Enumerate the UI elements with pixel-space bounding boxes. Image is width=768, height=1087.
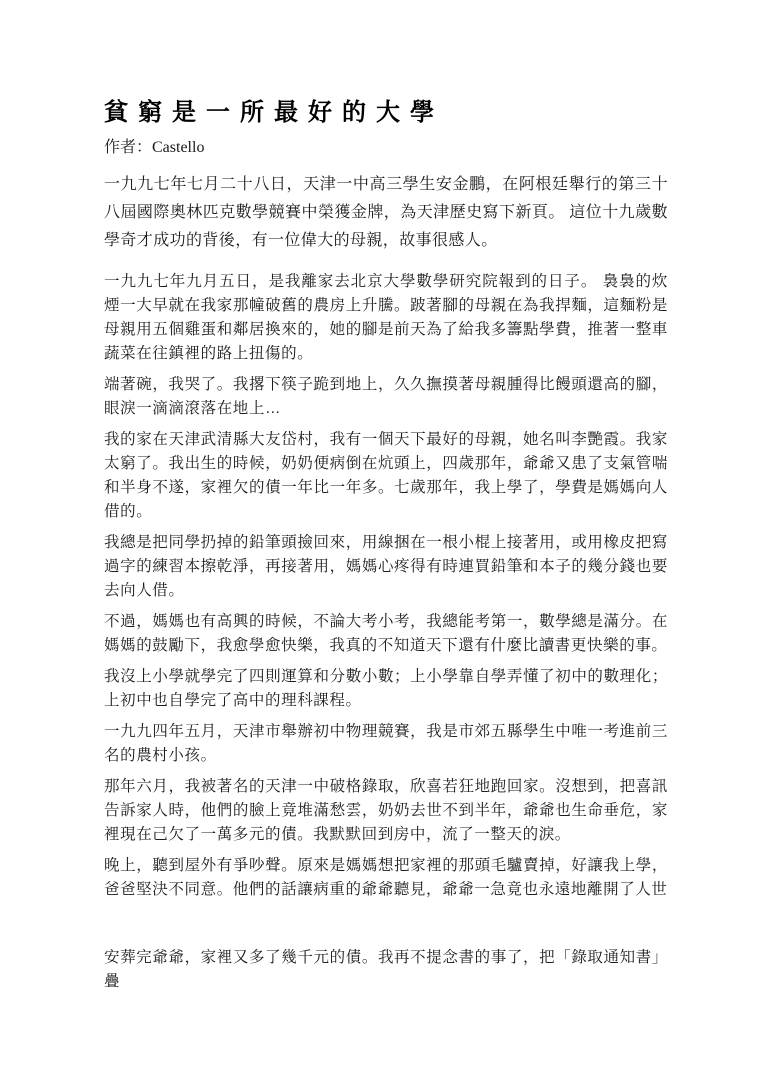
intro-paragraph: 一九九七年七月二十八日，天津一中高三學生安金鵬，在阿根廷舉行的第三十八屆國際奧林… [104, 171, 668, 255]
author-line: 作者：Castello [104, 137, 668, 158]
paragraph: 我沒上小學就學完了四則運算和分數小數；上小學靠自學弄懂了初中的數理化；上初中也自… [104, 665, 668, 713]
paragraph: 一九九四年五月，天津市舉辦初中物理競賽，我是市郊五縣學生中唯一考進前三名的農村小… [104, 720, 668, 768]
paragraph: 不過，媽媽也有高興的時候，不論大考小考，我總能考第一，數學總是滿分。在媽媽的鼓勵… [104, 610, 668, 658]
page-title: 貧窮是一所最好的大學 [104, 98, 668, 128]
paragraph: 我總是把同學扔掉的鉛筆頭撿回來，用線捆在一根小棍上接著用，或用橡皮把寫過字的練習… [104, 531, 668, 603]
paragraph: 安葬完爺爺，家裡又多了幾千元的債。我再不提念書的事了，把「錄取通知書」疊 [104, 946, 668, 994]
paragraph: 一九九七年九月五日，是我離家去北京大學數學研究院報到的日子。 裊裊的炊煙一大早就… [104, 270, 668, 366]
paragraph: 端著碗，我哭了。我撂下筷子跪到地上，久久撫摸著母親腫得比饅頭還高的腳，眼淚一滴滴… [104, 373, 668, 421]
document-page: 貧窮是一所最好的大學 作者：Castello 一九九七年七月二十八日，天津一中高… [0, 0, 768, 1087]
paragraph: 那年六月，我被著名的天津一中破格錄取，欣喜若狂地跑回家。沒想到，把喜訊告訴家人時… [104, 775, 668, 847]
paragraph: 我的家在天津武清縣大友岱村，我有一個天下最好的母親，她名叫李艷霞。我家太窮了。我… [104, 428, 668, 524]
paragraph: 晚上，聽到屋外有爭吵聲。原來是媽媽想把家裡的那頭毛驢賣掉，好讓我上學，爸爸堅決不… [104, 854, 668, 902]
